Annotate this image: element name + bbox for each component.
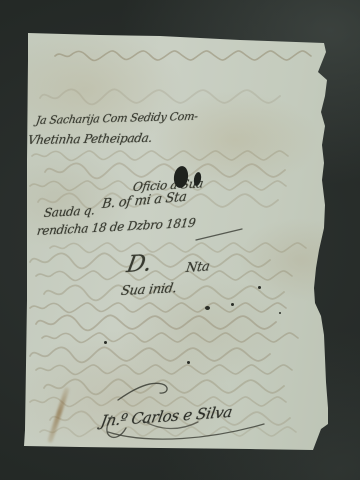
scan-backdrop: Ja Sacharija Com Sedidy Com- Vhetinha Pe… bbox=[0, 0, 360, 480]
pen-flourishes bbox=[0, 0, 360, 480]
manuscript-paper: Ja Sacharija Com Sedidy Com- Vhetinha Pe… bbox=[0, 0, 360, 480]
